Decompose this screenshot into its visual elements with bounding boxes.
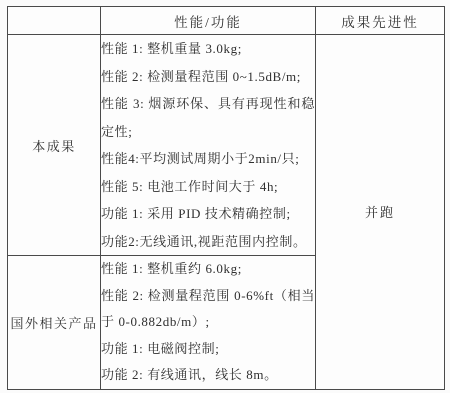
header-spec-column: 性能/功能: [101, 7, 316, 35]
header-corner-cell: [8, 7, 101, 35]
spec-item-performance-5: 性能 5: 电池工作时间大于 4h;: [101, 173, 315, 201]
spec-item-function-1: 功能 1: 电磁阀控制;: [101, 336, 315, 363]
row-label-this-achievement: 本成果: [8, 35, 101, 256]
spec-item-performance-4: 性能4:平均测试周期小于2min/只;: [101, 145, 315, 173]
spec-item-performance-2: 性能 2: 检测量程范围 0-6%ft（相当于 0-0.882db/m）;: [101, 283, 315, 336]
spec-item-function-2: 功能2:无线通讯,视距范围内控制。: [101, 228, 315, 256]
spec-list-this-achievement: 性能 1: 整机重量 3.0kg; 性能 2: 检测量程范围 0~1.5dB/m…: [101, 35, 316, 256]
header-row: 性能/功能 成果先进性: [8, 7, 445, 35]
spec-item-function-1: 功能 1: 采用 PID 技术精确控制;: [101, 200, 315, 228]
spec-item-performance-3: 性能 3: 烟源环保、具有再现性和稳定性;: [101, 90, 315, 145]
spec-item-performance-1: 性能 1: 整机重量 3.0kg;: [101, 35, 315, 63]
comparison-table: 性能/功能 成果先进性 本成果 性能 1: 整机重量 3.0kg; 性能 2: …: [7, 6, 445, 390]
spec-item-performance-2: 性能 2: 检测量程范围 0~1.5dB/m;: [101, 63, 315, 91]
header-advancement-column: 成果先进性: [316, 7, 445, 35]
row-label-foreign-products: 国外相关产品: [8, 256, 101, 390]
row-this-achievement: 本成果 性能 1: 整机重量 3.0kg; 性能 2: 检测量程范围 0~1.5…: [8, 35, 445, 256]
advancement-value-cell: 并跑: [316, 35, 445, 390]
spec-item-performance-1: 性能 1: 整机重约 6.0kg;: [101, 256, 315, 283]
spec-item-function-2: 功能 2: 有线通讯，线长 8m。: [101, 362, 315, 389]
spec-list-foreign-products: 性能 1: 整机重约 6.0kg; 性能 2: 检测量程范围 0-6%ft（相当…: [101, 256, 316, 390]
